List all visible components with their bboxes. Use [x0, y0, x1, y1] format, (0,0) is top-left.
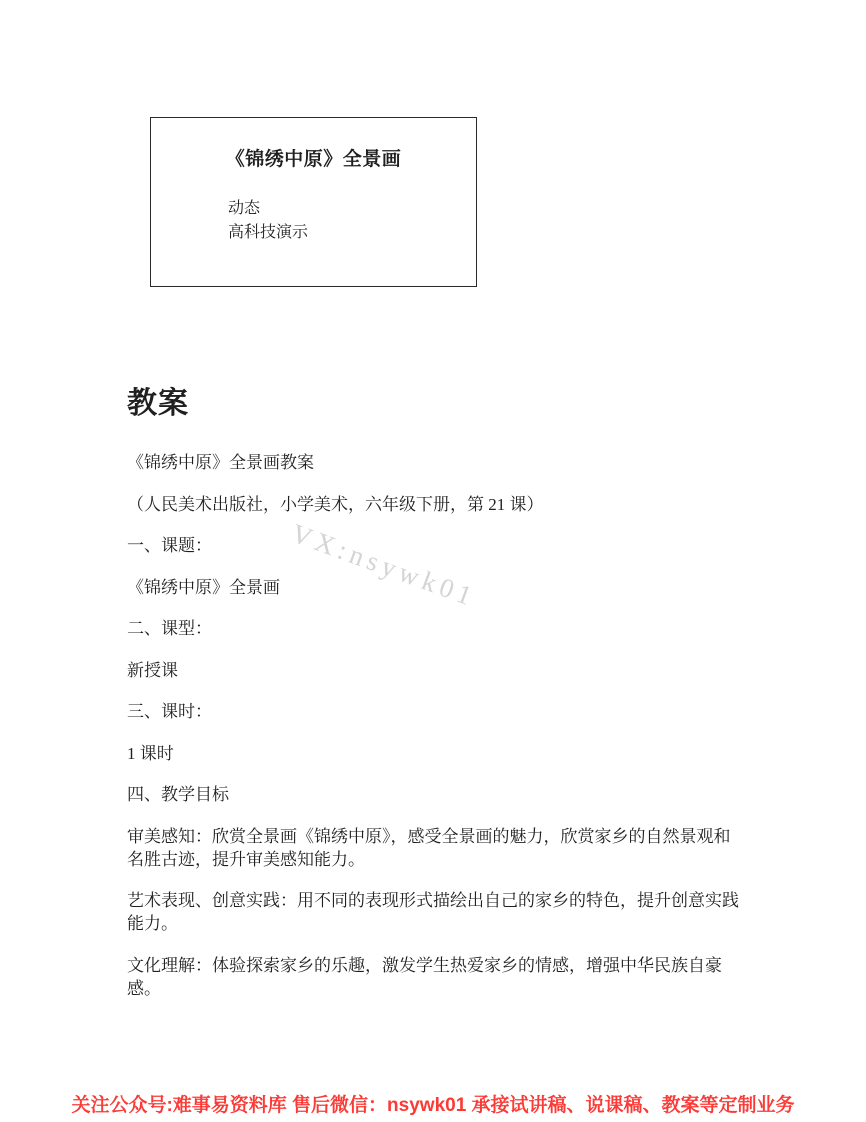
- promo-footer: 关注公众号:难事易资料库 售后微信：nsywk01 承接试讲稿、说课稿、教案等定…: [0, 1090, 866, 1117]
- diagram-box-line: 高科技演示: [228, 221, 476, 245]
- diagram-box: 《锦绣中原》全景画 动态 高科技演示: [150, 117, 477, 287]
- paragraph: 三、课时：: [127, 700, 747, 723]
- paragraph: 艺术表现、创意实践：用不同的表现形式描绘出自己的家乡的特色，提升创意实践 能力。: [127, 889, 747, 935]
- paragraph: （人民美术出版社，小学美术，六年级下册，第 21 课）: [127, 493, 747, 516]
- paragraph: 文化理解：体验探索家乡的乐趣，激发学生热爱家乡的情感，增强中华民族自豪 感。: [127, 954, 747, 1000]
- paragraph: 1 课时: [127, 742, 747, 765]
- paragraph: 二、课型：: [127, 617, 747, 640]
- paragraph: 审美感知：欣赏全景画《锦绣中原》，感受全景画的魅力，欣赏家乡的自然景观和 名胜古…: [127, 825, 747, 871]
- diagram-box-line: 动态: [228, 197, 476, 221]
- document-heading: 教案: [127, 385, 747, 423]
- paragraph: 《锦绣中原》全景画教案: [127, 451, 747, 474]
- paragraph: 新授课: [127, 659, 747, 682]
- diagram-box-lines: 动态 高科技演示: [151, 197, 476, 245]
- lesson-plan-content: 教案 《锦绣中原》全景画教案 （人民美术出版社，小学美术，六年级下册，第 21 …: [127, 385, 747, 1018]
- paragraph: 四、教学目标: [127, 783, 747, 806]
- diagram-box-title: 《锦绣中原》全景画: [151, 144, 476, 171]
- document-page: 《锦绣中原》全景画 动态 高科技演示 VX:nsywk01 教案 《锦绣中原》全…: [0, 0, 866, 1122]
- paragraph: 一、课题：: [127, 534, 747, 557]
- paragraph: 《锦绣中原》全景画: [127, 576, 747, 599]
